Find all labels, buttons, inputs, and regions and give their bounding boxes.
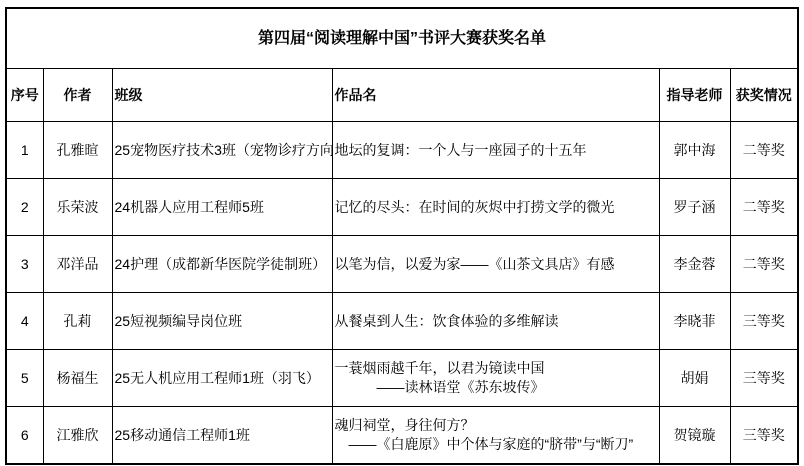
page-title: 第四届“阅读理解中国”书评大赛获奖名单 [6,8,798,69]
table-row: 1 孔雅暄 25宠物医疗技术3班（宠物诊疗方向 地坛的复调：一个人与一座园子的十… [6,122,798,179]
row-author: 杨福生 [43,350,112,407]
row-no: 5 [6,350,43,407]
row-class: 25移动通信工程师1班 [112,407,332,465]
column-header-class: 班级 [112,69,332,122]
row-author: 乐荣波 [43,179,112,236]
row-class: 24护理（成都新华医院学徒制班） [112,236,332,293]
row-award: 三等奖 [730,350,798,407]
table-row: 3 邓洋品 24护理（成都新华医院学徒制班） 以笔为信，以爱为家——《山茶文具店… [6,236,798,293]
table-title-row: 第四届“阅读理解中国”书评大赛获奖名单 [6,8,798,69]
row-award: 二等奖 [730,179,798,236]
row-author: 孔莉 [43,293,112,350]
row-work-title: 一蓑烟雨越千年，以君为镜读中国 ——读林语堂《苏东坡传》 [332,350,659,407]
row-no: 1 [6,122,43,179]
row-award: 二等奖 [730,236,798,293]
row-no: 2 [6,179,43,236]
row-author: 孔雅暄 [43,122,112,179]
row-class: 25短视频编导岗位班 [112,293,332,350]
row-class: 25无人机应用工程师1班（羽飞） [112,350,332,407]
row-teacher: 李晓菲 [659,293,730,350]
row-work-title: 魂归祠堂，身往何方？ ——《白鹿原》中个体与家庭的“脐带”与“断刀” [332,407,659,465]
row-teacher: 罗子涵 [659,179,730,236]
row-work-title: 记忆的尽头：在时间的灰烬中打捞文学的微光 [332,179,659,236]
table-header-row: 序号 作者 班级 作品名 指导老师 获奖情况 [6,69,798,122]
row-no: 4 [6,293,43,350]
column-header-work: 作品名 [332,69,659,122]
column-header-teacher: 指导老师 [659,69,730,122]
column-header-no: 序号 [6,69,43,122]
column-header-award: 获奖情况 [730,69,798,122]
row-work-title: 以笔为信，以爱为家——《山茶文具店》有感 [332,236,659,293]
table-row: 2 乐荣波 24机器人应用工程师5班 记忆的尽头：在时间的灰烬中打捞文学的微光 … [6,179,798,236]
row-class: 25宠物医疗技术3班（宠物诊疗方向 [112,122,332,179]
row-award: 三等奖 [730,407,798,465]
row-no: 3 [6,236,43,293]
row-teacher: 胡娟 [659,350,730,407]
table-row: 4 孔莉 25短视频编导岗位班 从餐桌到人生：饮食体验的多维解读 李晓菲 三等奖 [6,293,798,350]
row-author: 邓洋品 [43,236,112,293]
row-work-title: 从餐桌到人生：饮食体验的多维解读 [332,293,659,350]
row-work-title: 地坛的复调：一个人与一座园子的十五年 [332,122,659,179]
row-class: 24机器人应用工程师5班 [112,179,332,236]
row-award: 二等奖 [730,122,798,179]
row-teacher: 李金蓉 [659,236,730,293]
award-list-table: 第四届“阅读理解中国”书评大赛获奖名单 序号 作者 班级 作品名 指导老师 获奖… [5,7,799,465]
row-award: 三等奖 [730,293,798,350]
row-teacher: 郭中海 [659,122,730,179]
row-teacher: 贺镜璇 [659,407,730,465]
table-row: 6 江雅欣 25移动通信工程师1班 魂归祠堂，身往何方？ ——《白鹿原》中个体与… [6,407,798,465]
row-author: 江雅欣 [43,407,112,465]
table-row: 5 杨福生 25无人机应用工程师1班（羽飞） 一蓑烟雨越千年，以君为镜读中国 —… [6,350,798,407]
row-no: 6 [6,407,43,465]
column-header-author: 作者 [43,69,112,122]
